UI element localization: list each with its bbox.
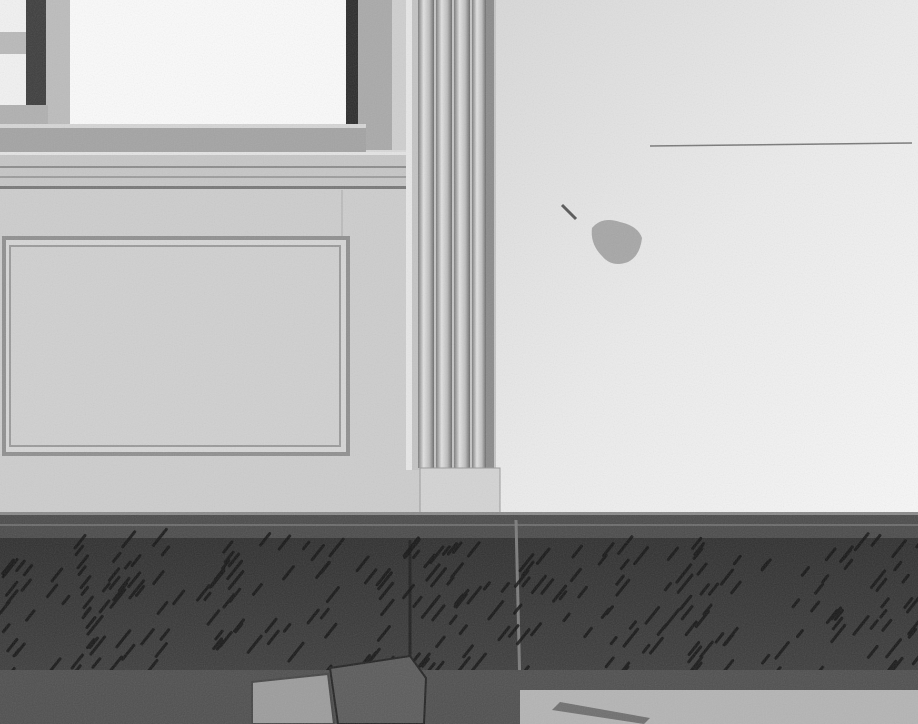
photo-canvas <box>0 0 918 724</box>
film-grain <box>0 0 918 724</box>
architectural-photo <box>0 0 918 724</box>
